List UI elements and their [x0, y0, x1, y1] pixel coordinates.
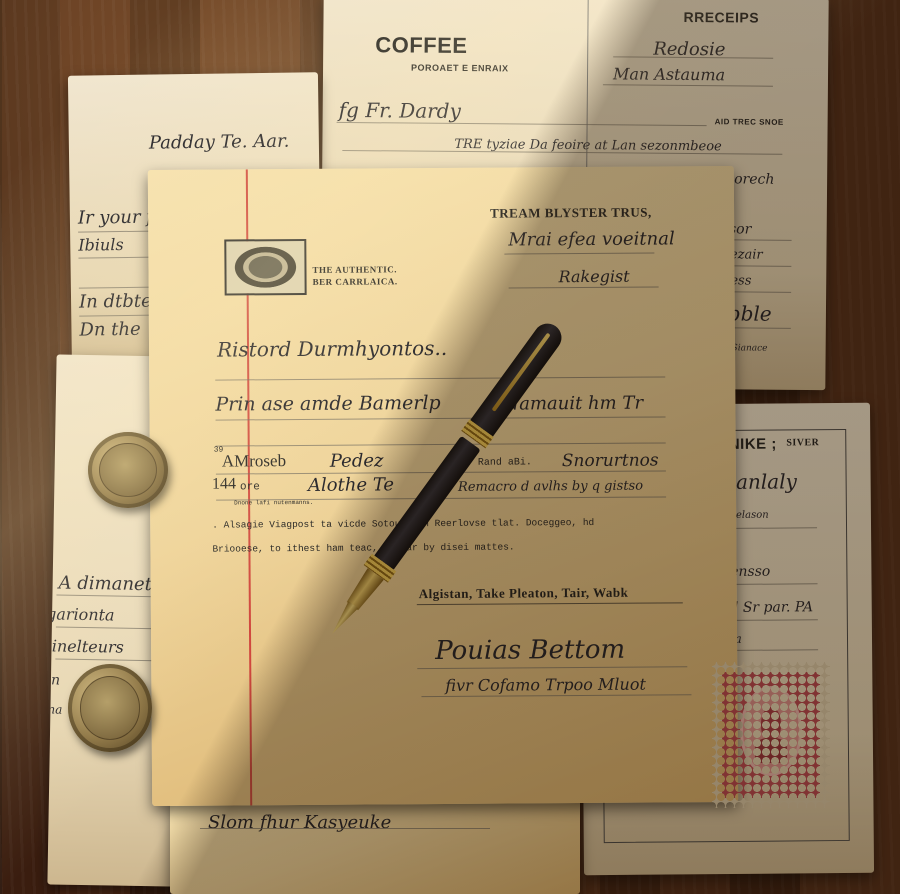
receipt-header: RRECEIPS: [683, 9, 759, 26]
coin-upper-icon: [88, 432, 168, 508]
typed-line: Briooese, to ithest ham teac, teocar by …: [212, 542, 514, 555]
signature-subline: fivr Cofamo Trpoo Mluot: [445, 675, 646, 695]
letter-line: Remacro d avlhs by q gistso: [458, 479, 643, 495]
signature: Pouias Bettom: [435, 635, 625, 666]
letter-line: Namauit hm Tr: [503, 393, 643, 415]
authentic-seal-icon: [224, 239, 306, 296]
receipt-subtitle: POROAET E ENRAIX: [411, 63, 509, 74]
letter-line: Prin ase amde Bamerlp: [215, 392, 440, 416]
letter-line: Mrai efea voeitnal: [508, 228, 675, 250]
strip-line: Slom fhur Kasyeuke: [208, 812, 391, 833]
postage-stamp-icon: [712, 662, 830, 808]
receipt-line: AID TREC SNOE: [715, 117, 784, 127]
coin-lower-icon: [68, 664, 152, 752]
letter-line: Padday Te. Aar.: [149, 131, 290, 154]
letter-line: In dtbte: [79, 291, 152, 313]
receipt-tag: SIVER: [786, 437, 819, 448]
letter-line: Rakegist: [558, 267, 629, 286]
letter-line: Rand aBi.: [478, 457, 532, 468]
letter-line: A dimanet: [58, 573, 152, 596]
letter-header: TREAM BLYSTER TRUS,: [490, 205, 652, 222]
letter-line: Alothe Te: [308, 474, 394, 496]
receipt-line: fg Fr. Dardy: [339, 98, 461, 123]
letter-line: Dn the: [79, 319, 141, 341]
letter-line: Pedez: [330, 450, 384, 471]
letter-line: Ristord Durmhyontos..: [217, 336, 447, 362]
receipt-line: Man Astauma: [613, 64, 725, 84]
seal-text: BER CARRLAICA.: [313, 276, 398, 287]
letter-line: garionta: [47, 604, 114, 624]
letter-line: ginelteurs: [47, 636, 124, 656]
letter-number: 144: [212, 475, 236, 493]
seal-text: THE AUTHENTIC.: [312, 264, 397, 275]
letter-line: ore: [240, 481, 260, 493]
bottom-strip: Slom fhur Kasyeuke: [170, 796, 580, 894]
letter-line: AMroseb: [222, 451, 286, 471]
letter-line: Ibiuls: [78, 235, 124, 255]
letter-line: Snorurtnos: [562, 450, 659, 471]
letter-line: Dnone lafi nutenmanns.: [234, 499, 313, 507]
receipt-title: COFFEE: [375, 32, 467, 59]
letter-line: alna: [47, 702, 62, 716]
letter-bold-line: Algistan, Take Pleaton, Tair, Wabk: [419, 585, 629, 602]
